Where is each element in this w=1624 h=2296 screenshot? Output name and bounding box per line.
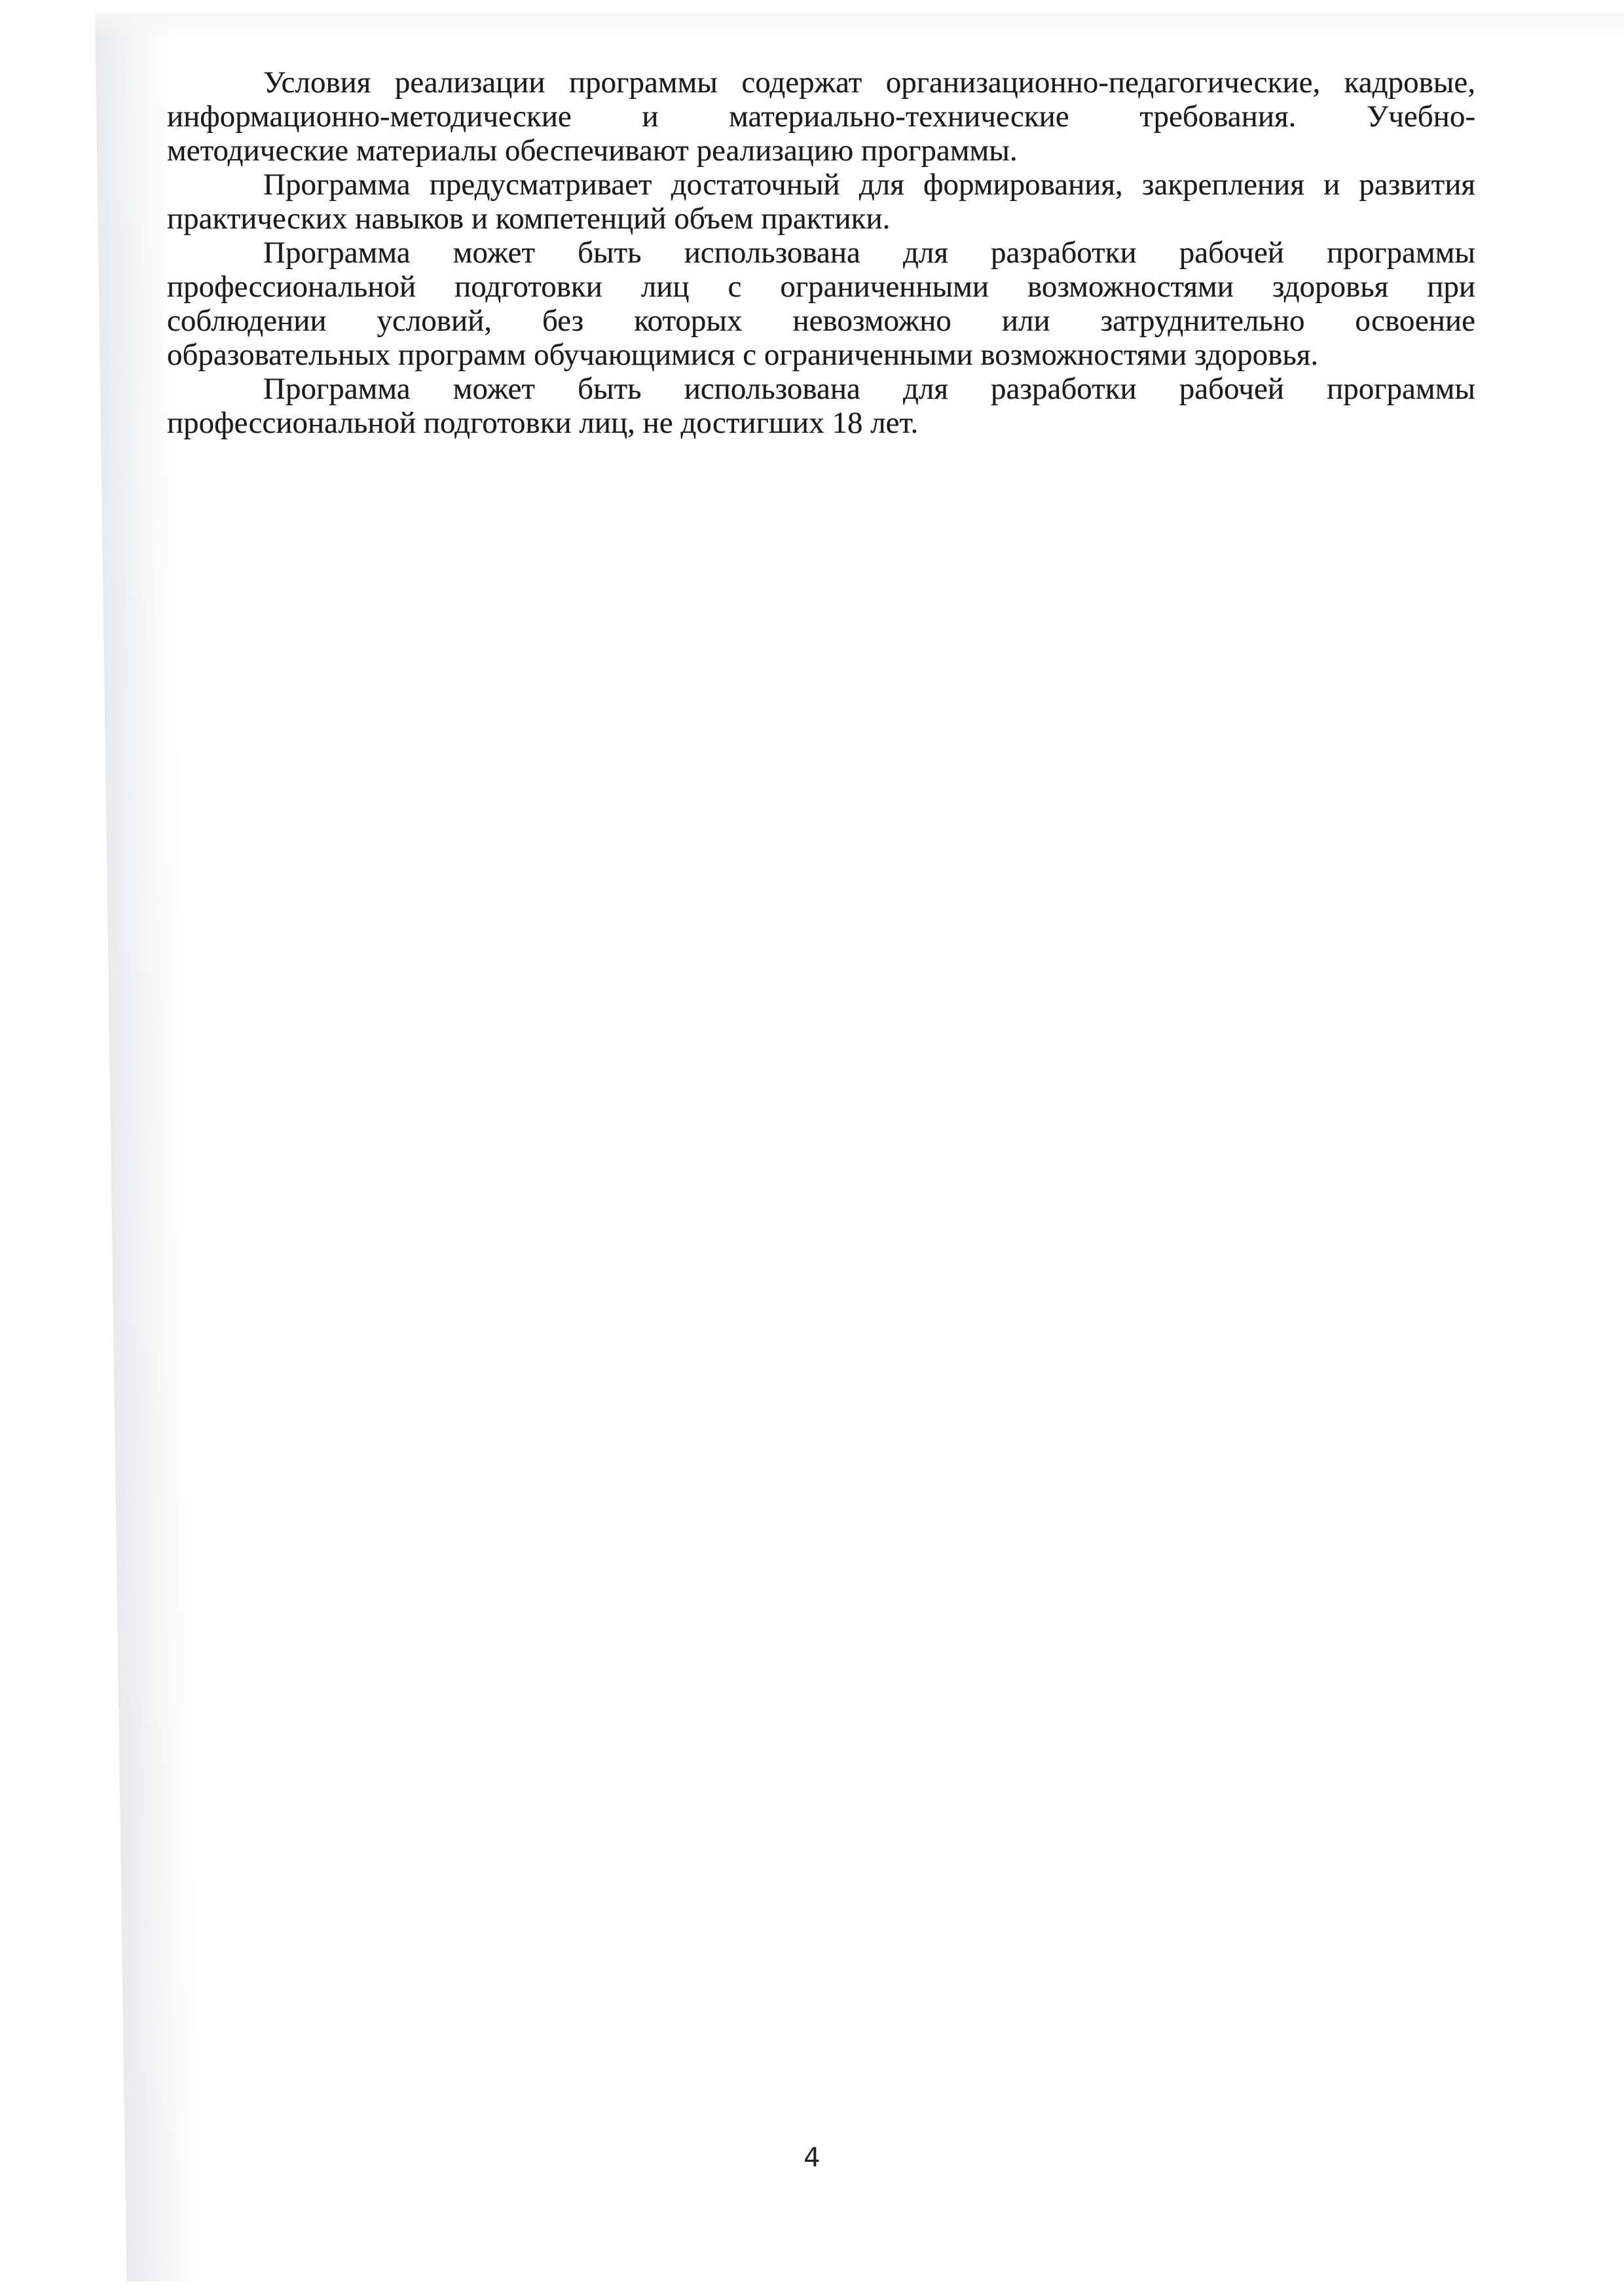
text-line: Условияреализациипрограммысодержаторгани…	[167, 65, 1475, 100]
paragraph-disabilities: Программаможетбытьиспользованадляразрабо…	[167, 236, 1475, 372]
paragraph-practice-volume: Программапредусматриваетдостаточныйдляфо…	[167, 168, 1475, 236]
page-top-edge	[95, 13, 1624, 39]
text-line: практических навыков и компетенций объем…	[167, 202, 1475, 236]
text-line: информационно-методическиеиматериально-т…	[167, 100, 1475, 134]
text-line: методические материалы обеспечивают реал…	[167, 134, 1475, 168]
text-line: профессиональнойподготовкилицсограниченн…	[167, 270, 1475, 304]
paragraph-minors: Программаможетбытьиспользованадляразрабо…	[167, 372, 1475, 440]
page-number: 4	[792, 2142, 832, 2174]
text-line: соблюденииусловий,безкоторыхневозможноил…	[167, 304, 1475, 338]
text-line: Программаможетбытьиспользованадляразрабо…	[167, 372, 1475, 406]
text-line: Программаможетбытьиспользованадляразрабо…	[167, 236, 1475, 270]
text-line: образовательных программ обучающимися с …	[167, 338, 1475, 372]
document-body: Условияреализациипрограммысодержаторгани…	[167, 65, 1475, 440]
text-line: Программапредусматриваетдостаточныйдляфо…	[167, 168, 1475, 202]
paragraph-implementation-conditions: Условияреализациипрограммысодержаторгани…	[167, 65, 1475, 168]
text-line: профессиональной подготовки лиц, не дост…	[167, 406, 1475, 440]
